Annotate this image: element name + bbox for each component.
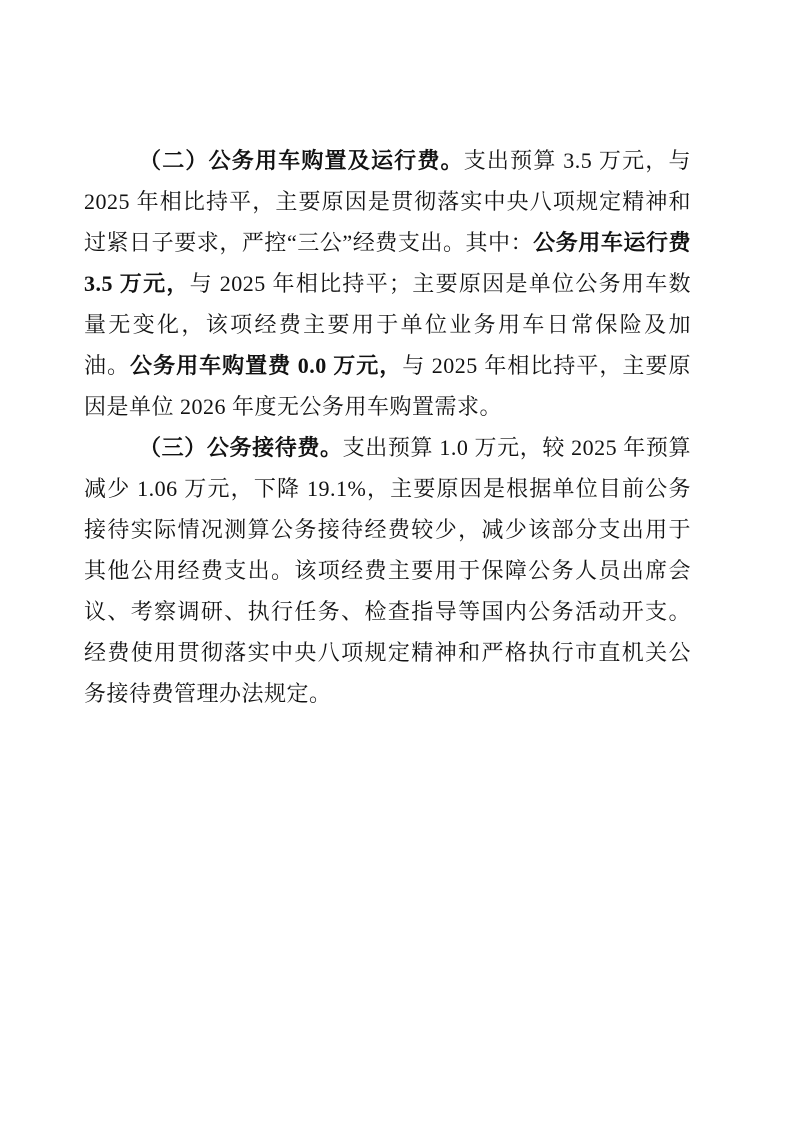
bold-text-run: 公务用车购置费 0.0 万元，: [130, 353, 402, 378]
paragraph: （二）公务用车购置及运行费。支出预算 3.5 万元，与 2025 年相比持平，主…: [84, 140, 691, 427]
text-run: 支出预算 1.0 万元，较 2025 年预算减少 1.06 万元，下降 19.1…: [84, 435, 691, 706]
bold-text-run: （三）公务接待费。: [139, 435, 343, 460]
document-page: （二）公务用车购置及运行费。支出预算 3.5 万元，与 2025 年相比持平，主…: [0, 0, 793, 1122]
bold-text-run: （二）公务用车购置及运行费。: [139, 148, 464, 173]
document-body: （二）公务用车购置及运行费。支出预算 3.5 万元，与 2025 年相比持平，主…: [84, 140, 691, 714]
paragraph: （三）公务接待费。支出预算 1.0 万元，较 2025 年预算减少 1.06 万…: [84, 427, 691, 714]
